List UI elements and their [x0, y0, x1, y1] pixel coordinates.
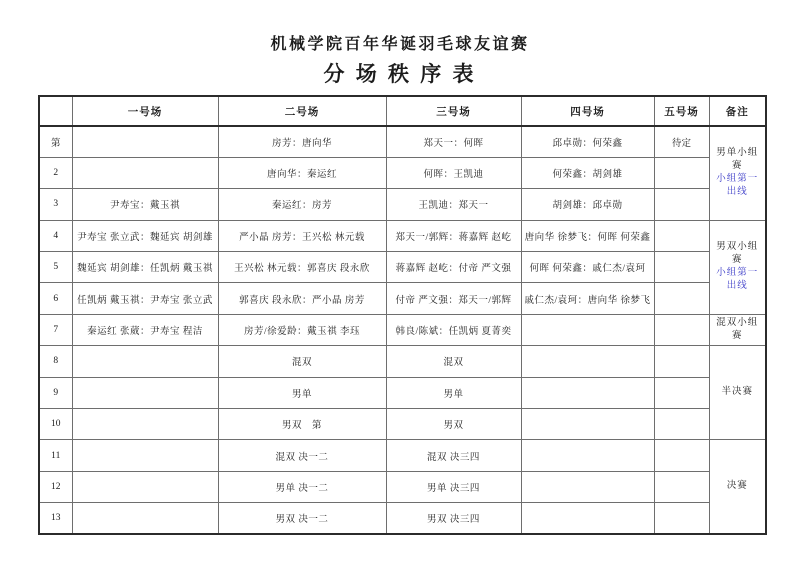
match-cell: 严小晶 房芳：王兴松 林元载 — [218, 220, 386, 251]
header-cell-court3: 三号场 — [386, 96, 521, 126]
remark-cell: 决赛 — [709, 440, 766, 534]
table-row: 第 房芳：唐向华 郑天一：何晖 邱卓勋：何荣鑫 待定 男单小组赛 小组第一出线 — [39, 126, 766, 157]
header-cell-court1: 一号场 — [72, 96, 218, 126]
table-row: 2 唐向华：秦运红 何晖：王凯迪 何荣鑫：胡剑雄 — [39, 157, 766, 188]
court5-cell — [654, 220, 709, 251]
match-cell — [72, 409, 218, 440]
match-cell: 胡剑雄：邱卓勋 — [521, 189, 654, 220]
row-number-cell: 4 — [39, 220, 72, 251]
court5-cell — [654, 189, 709, 220]
remark-cell: 半决赛 — [709, 346, 766, 440]
match-cell: 混双 — [386, 346, 521, 377]
match-cell: 混双 决三四 — [386, 440, 521, 471]
match-cell: 秦运红：房芳 — [218, 189, 386, 220]
court5-cell — [654, 283, 709, 314]
row-number-cell: 3 — [39, 189, 72, 220]
court-order-table: 一号场 二号场 三号场 四号场 五号场 备注 第 房芳：唐向华 郑天一：何晖 邱… — [38, 95, 767, 535]
match-cell: 任凯炳 戴玉祺：尹寿宝 张立武 — [72, 283, 218, 314]
remark-main: 男双小组赛 — [712, 241, 764, 267]
match-cell: 男双 决一二 — [218, 503, 386, 534]
row-number-cell: 6 — [39, 283, 72, 314]
document-page: 机械学院百年华诞羽毛球友谊赛 分 场 秩 序 表 一号场 二号场 三号场 四号场… — [0, 0, 800, 565]
match-cell — [521, 346, 654, 377]
row-number-cell: 13 — [39, 503, 72, 534]
remark-main: 男单小组赛 — [712, 147, 764, 173]
match-cell — [72, 471, 218, 502]
remark-cell: 男单小组赛 小组第一出线 — [709, 126, 766, 220]
court5-cell — [654, 314, 709, 345]
court5-cell — [654, 252, 709, 283]
table-row: 10 男双 第 男双 — [39, 409, 766, 440]
header-cell-rownum — [39, 96, 72, 126]
page-subtitle: 分 场 秩 序 表 — [0, 58, 800, 88]
match-cell — [72, 503, 218, 534]
court5-cell — [654, 377, 709, 408]
match-cell: 唐向华 徐梦飞：何晖 何荣鑫 — [521, 220, 654, 251]
match-cell — [521, 314, 654, 345]
match-cell: 男单 — [218, 377, 386, 408]
row-number-cell: 8 — [39, 346, 72, 377]
court5-cell — [654, 409, 709, 440]
match-cell: 戚仁杰/袁珂：唐向华 徐梦飞 — [521, 283, 654, 314]
match-cell: 郭喜庆 段永欣：严小晶 房芳 — [218, 283, 386, 314]
remark-cell: 混双小组赛 — [709, 314, 766, 345]
match-cell — [72, 126, 218, 157]
match-cell — [521, 471, 654, 502]
remark-sub-highlight: 小组第一出线 — [712, 173, 764, 199]
court5-cell — [654, 346, 709, 377]
table-row: 5 魏延宾 胡剑雄：任凯炳 戴玉祺 王兴松 林元载：郭喜庆 段永欣 蒋嘉辉 赵屹… — [39, 252, 766, 283]
row-number-cell: 10 — [39, 409, 72, 440]
remark-main: 决赛 — [712, 480, 764, 493]
row-number-cell: 7 — [39, 314, 72, 345]
remark-cell: 男双小组赛 小组第一出线 — [709, 220, 766, 314]
header-cell-court2: 二号场 — [218, 96, 386, 126]
table-row: 3 尹寿宝：戴玉祺 秦运红：房芳 王凯迪：郑天一 胡剑雄：邱卓勋 — [39, 189, 766, 220]
match-cell: 付帝 严文强：郑天一/郭辉 — [386, 283, 521, 314]
match-cell — [72, 346, 218, 377]
header-cell-court4: 四号场 — [521, 96, 654, 126]
header-row: 一号场 二号场 三号场 四号场 五号场 备注 — [39, 96, 766, 126]
match-cell: 男单 决一二 — [218, 471, 386, 502]
row-number-cell: 2 — [39, 157, 72, 188]
row-number-cell: 9 — [39, 377, 72, 408]
match-cell: 郑天一：何晖 — [386, 126, 521, 157]
match-cell: 王兴松 林元载：郭喜庆 段永欣 — [218, 252, 386, 283]
match-cell: 王凯迪：郑天一 — [386, 189, 521, 220]
match-cell: 何晖 何荣鑫：戚仁杰/袁珂 — [521, 252, 654, 283]
table-row: 11 混双 决一二 混双 决三四 决赛 — [39, 440, 766, 471]
match-cell — [521, 503, 654, 534]
match-cell: 混双 决一二 — [218, 440, 386, 471]
match-cell: 尹寿宝：戴玉祺 — [72, 189, 218, 220]
table-row: 8 混双 混双 半决赛 — [39, 346, 766, 377]
remark-main: 混双小组赛 — [712, 317, 764, 343]
match-cell: 尹寿宝 张立武：魏延宾 胡剑雄 — [72, 220, 218, 251]
table-row: 9 男单 男单 — [39, 377, 766, 408]
row-number-cell: 11 — [39, 440, 72, 471]
table-row: 4 尹寿宝 张立武：魏延宾 胡剑雄 严小晶 房芳：王兴松 林元载 郑天一/郭辉：… — [39, 220, 766, 251]
match-cell: 韩良/陈斌：任凯炳 夏菁奕 — [386, 314, 521, 345]
header-cell-court5: 五号场 — [654, 96, 709, 126]
match-cell: 男双 第 — [218, 409, 386, 440]
match-cell: 男双 决三四 — [386, 503, 521, 534]
row-number-cell: 5 — [39, 252, 72, 283]
table-row: 6 任凯炳 戴玉祺：尹寿宝 张立武 郭喜庆 段永欣：严小晶 房芳 付帝 严文强：… — [39, 283, 766, 314]
match-cell — [521, 377, 654, 408]
remark-sub-highlight: 小组第一出线 — [712, 267, 764, 293]
court5-cell — [654, 157, 709, 188]
match-cell: 男单 决三四 — [386, 471, 521, 502]
match-cell — [521, 409, 654, 440]
match-cell: 秦运红 张葳：尹寿宝 程洁 — [72, 314, 218, 345]
remark-main: 半决赛 — [712, 386, 764, 399]
match-cell: 房芳：唐向华 — [218, 126, 386, 157]
court5-cell — [654, 471, 709, 502]
match-cell: 邱卓勋：何荣鑫 — [521, 126, 654, 157]
match-cell: 何荣鑫：胡剑雄 — [521, 157, 654, 188]
court5-cell: 待定 — [654, 126, 709, 157]
match-cell: 男双 — [386, 409, 521, 440]
header-cell-remarks: 备注 — [709, 96, 766, 126]
match-cell: 何晖：王凯迪 — [386, 157, 521, 188]
match-cell — [521, 440, 654, 471]
table-row: 12 男单 决一二 男单 决三四 — [39, 471, 766, 502]
match-cell: 男单 — [386, 377, 521, 408]
row-number-cell: 12 — [39, 471, 72, 502]
court5-cell — [654, 440, 709, 471]
match-cell: 蒋嘉辉 赵屹：付帝 严文强 — [386, 252, 521, 283]
table-row: 13 男双 决一二 男双 决三四 — [39, 503, 766, 534]
court5-cell — [654, 503, 709, 534]
match-cell — [72, 377, 218, 408]
row-number-cell: 第 — [39, 126, 72, 157]
match-cell — [72, 157, 218, 188]
match-cell: 房芳/徐爱龄：戴玉祺 李珏 — [218, 314, 386, 345]
match-cell — [72, 440, 218, 471]
table-row: 7 秦运红 张葳：尹寿宝 程洁 房芳/徐爱龄：戴玉祺 李珏 韩良/陈斌：任凯炳 … — [39, 314, 766, 345]
match-cell: 混双 — [218, 346, 386, 377]
match-cell: 魏延宾 胡剑雄：任凯炳 戴玉祺 — [72, 252, 218, 283]
match-cell: 郑天一/郭辉：蒋嘉辉 赵屹 — [386, 220, 521, 251]
page-title: 机械学院百年华诞羽毛球友谊赛 — [0, 31, 800, 54]
match-cell: 唐向华：秦运红 — [218, 157, 386, 188]
